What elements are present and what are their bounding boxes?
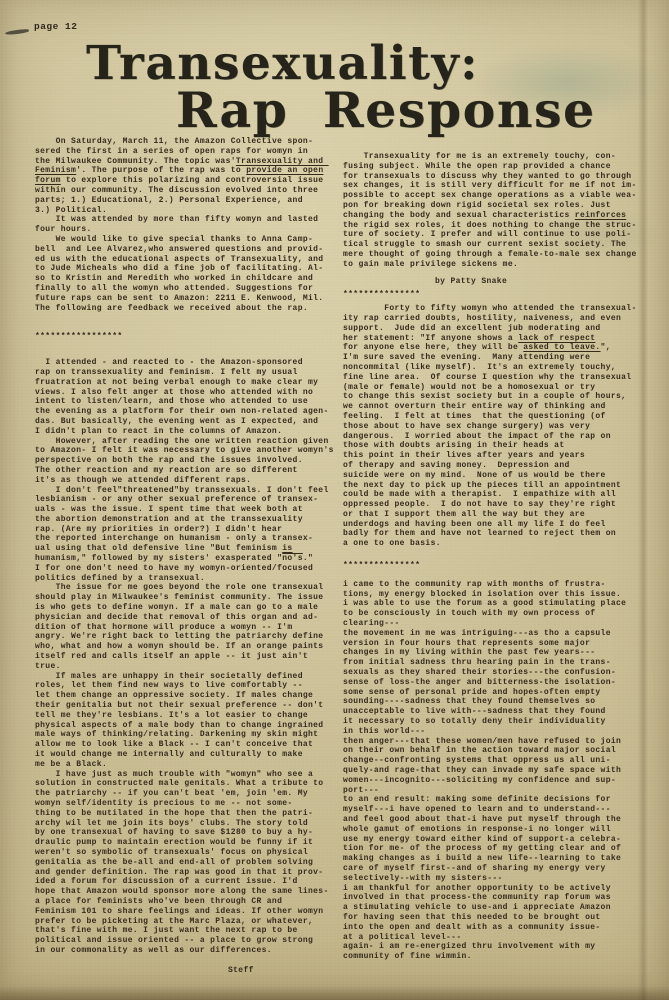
asterisk-separator: ***************	[343, 290, 663, 300]
article-title-line2: Rap Response	[176, 86, 596, 135]
patty-snake-paragraph: Transexuality for me is an extremely tou…	[343, 152, 663, 270]
asterisk-separator: *****************	[35, 332, 341, 342]
steff-response-paragraph: I attended - and reacted to - the Amazon…	[35, 358, 341, 956]
article-title-line1: Transexuality:	[86, 40, 479, 87]
page-number-label: page 12	[34, 21, 77, 32]
signature: Steff	[35, 966, 341, 976]
right-text-column: Transexuality for me is an extremely tou…	[343, 152, 663, 962]
fourth-response-paragraph: i came to the community rap with months …	[343, 580, 663, 962]
asterisk-separator: ***************	[343, 561, 663, 571]
byline: by Patty Snake	[343, 277, 663, 287]
left-text-column: On Saturday, March 11, the Amazon Collec…	[35, 137, 341, 976]
third-response-paragraph: Forty to fifty womyn who attended the tr…	[343, 304, 663, 549]
intro-paragraph: On Saturday, March 11, the Amazon Collec…	[35, 137, 341, 313]
page-edge-shadow	[0, 986, 669, 1000]
